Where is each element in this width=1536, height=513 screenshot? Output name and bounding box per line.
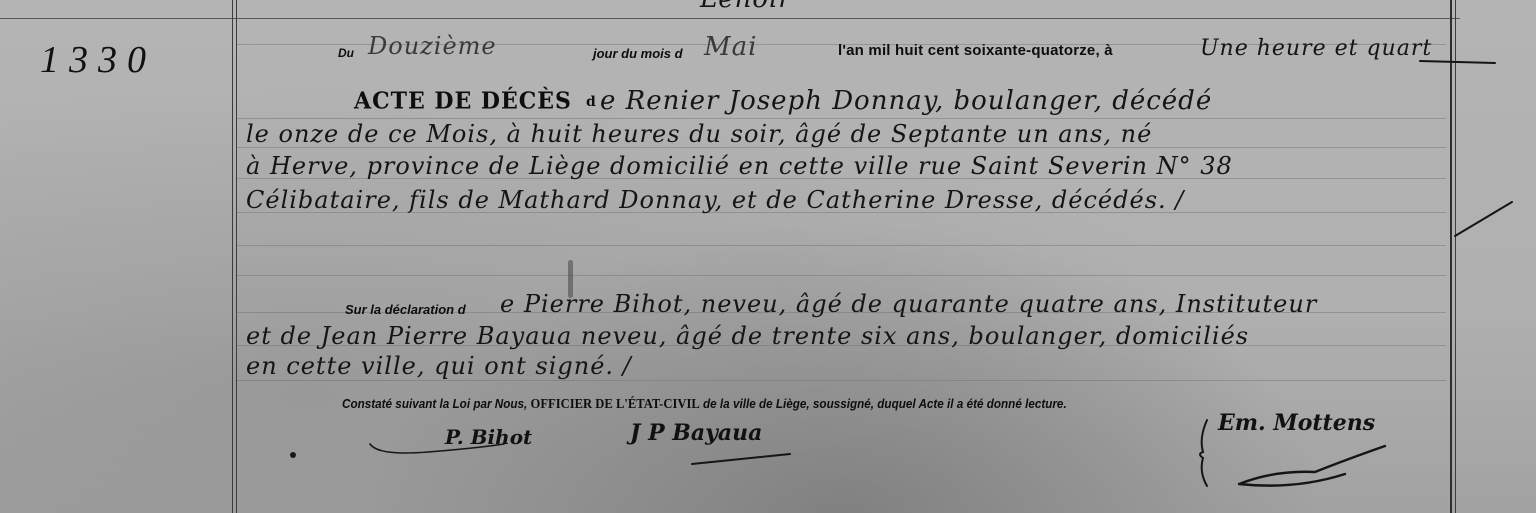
guide-rule [236,245,1446,246]
ink-blot [568,260,573,298]
handwritten-time: Une heure et quart [1200,36,1432,61]
header-year: l'an mil huit cent soixante-quatorze, à [838,42,1113,59]
officer-paraph [1235,440,1415,490]
right-margin-rule [1450,0,1452,513]
closing-part-1: Constaté suivant la Loi par Nous, [342,396,527,411]
guide-rule [236,380,1446,381]
register-page: Lenoir 1330 Du Douzième jour du mois d M… [0,0,1536,513]
body-line-1: e Renier Joseph Donnay, boulanger, décéd… [600,86,1212,116]
body-line-2: le onze de ce Mois, à huit heures du soi… [246,120,1152,148]
body-line-4: Célibataire, fils de Mathard Donnay, et … [246,186,1184,214]
closing-statement: Constaté suivant la Loi par Nous, OFFICI… [342,396,1067,413]
margin-rule [232,0,233,513]
title-suffix: d [586,94,596,110]
right-margin-rule [1455,0,1456,513]
declaration-line-1: e Pierre Bihot, neveu, âgé de quarante q… [500,290,1317,318]
declaration-label: Sur la déclaration d [345,302,466,317]
ink-blot [290,452,296,458]
signature-underline [690,450,810,470]
declaration-line-2: et de Jean Pierre Bayaua neveu, âgé de t… [246,322,1249,350]
entry-number: 1330 [40,38,156,82]
closing-officer-title: OFFICIER DE L'ÉTAT-CIVIL [531,397,700,412]
header-prefix: Du [338,46,354,60]
declaration-line-3: en cette ville, qui ont signé. / [246,352,632,380]
signature-bayaua: J P Bayaua [630,420,762,446]
document-title: ACTE DE DÉCÈS [354,87,572,114]
previous-entry-fragment: Lenoir [700,0,792,14]
guide-rule [236,275,1446,276]
closing-slash [1450,200,1520,240]
body-line-3: à Herve, province de Liège domicilié en … [246,152,1233,180]
handwritten-month: Mai [704,32,757,62]
closing-part-3: de la ville de Liège, soussigné, duquel … [703,396,1067,411]
margin-rule [236,0,237,513]
officer-bracket [1195,418,1215,488]
signature-officer: Em. Mottens [1218,410,1375,436]
time-underline-flourish [1420,55,1500,67]
handwritten-day: Douzième [368,32,497,60]
top-rule [0,18,1460,19]
guide-rule [236,118,1446,119]
header-day-label: jour du mois d [593,46,683,61]
signature-underline [368,440,508,460]
